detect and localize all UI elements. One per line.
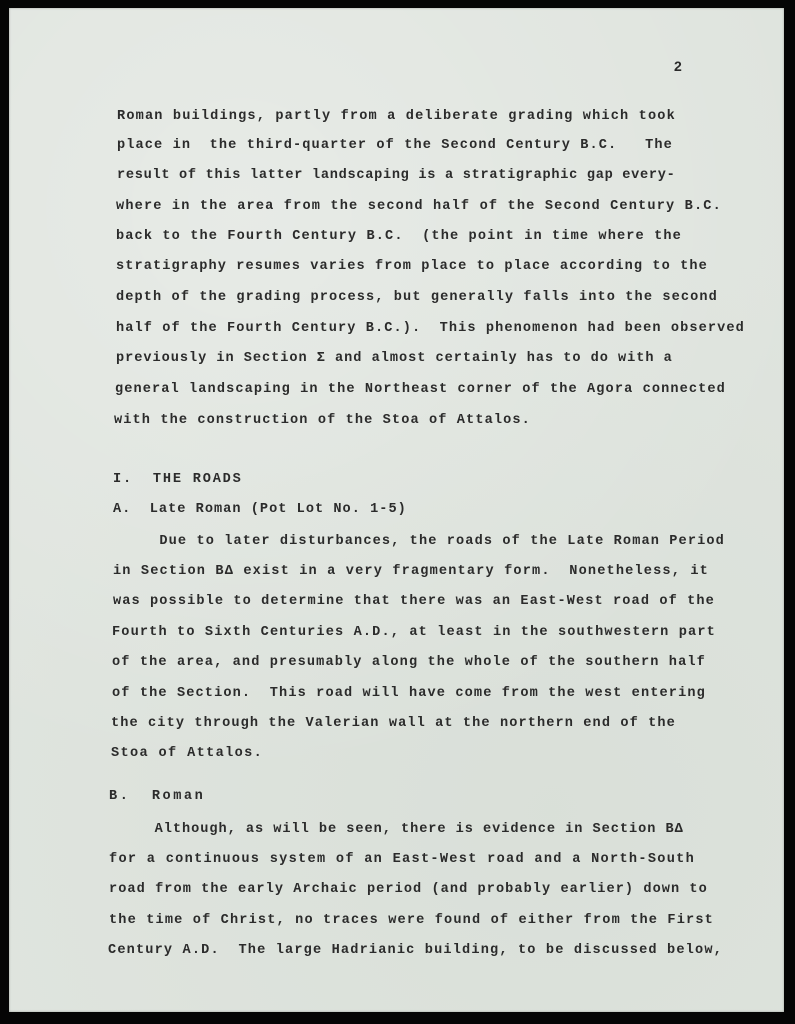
text-line: I. THE ROADS bbox=[113, 472, 243, 488]
text-line: result of this latter landscaping is a s… bbox=[117, 168, 676, 184]
page-number: 2 bbox=[674, 58, 682, 74]
text-line: Fourth to Sixth Centuries A.D., at least… bbox=[112, 625, 716, 641]
text-line: place in the third-quarter of the Second… bbox=[117, 138, 673, 154]
text-line: the city through the Valerian wall at th… bbox=[111, 716, 676, 732]
document-page: 2 Roman buildings, partly from a deliber… bbox=[9, 8, 784, 1012]
text-line: Roman buildings, partly from a deliberat… bbox=[117, 109, 676, 125]
text-line: stratigraphy resumes varies from place t… bbox=[116, 259, 708, 275]
text-line: of the area, and presumably along the wh… bbox=[112, 655, 706, 671]
text-line: general landscaping in the Northeast cor… bbox=[115, 382, 726, 398]
text-line: B. Roman bbox=[109, 789, 205, 805]
text-line: road from the early Archaic period (and … bbox=[109, 882, 708, 898]
text-line: A. Late Roman (Pot Lot No. 1-5) bbox=[113, 502, 407, 518]
text-line: depth of the grading process, but genera… bbox=[116, 290, 718, 306]
text-line: Stoa of Attalos. bbox=[111, 746, 263, 762]
text-line: Due to later disturbances, the roads of … bbox=[113, 534, 725, 550]
text-line: with the construction of the Stoa of Att… bbox=[114, 413, 531, 429]
text-line: of the Section. This road will have come… bbox=[112, 686, 706, 702]
text-line: back to the Fourth Century B.C. (the poi… bbox=[116, 229, 682, 245]
text-line: the time of Christ, no traces were found… bbox=[109, 913, 714, 929]
text-line: where in the area from the second half o… bbox=[116, 199, 722, 215]
text-line: previously in Section Σ and almost certa… bbox=[116, 351, 673, 367]
text-line: half of the Fourth Century B.C.). This p… bbox=[116, 321, 745, 337]
text-line: in Section BΔ exist in a very fragmentar… bbox=[113, 564, 709, 580]
text-line: Century A.D. The large Hadrianic buildin… bbox=[108, 943, 723, 959]
text-line: Although, as will be seen, there is evid… bbox=[109, 822, 684, 838]
text-line: for a continuous system of an East-West … bbox=[109, 852, 695, 868]
text-line: was possible to determine that there was… bbox=[113, 594, 715, 610]
